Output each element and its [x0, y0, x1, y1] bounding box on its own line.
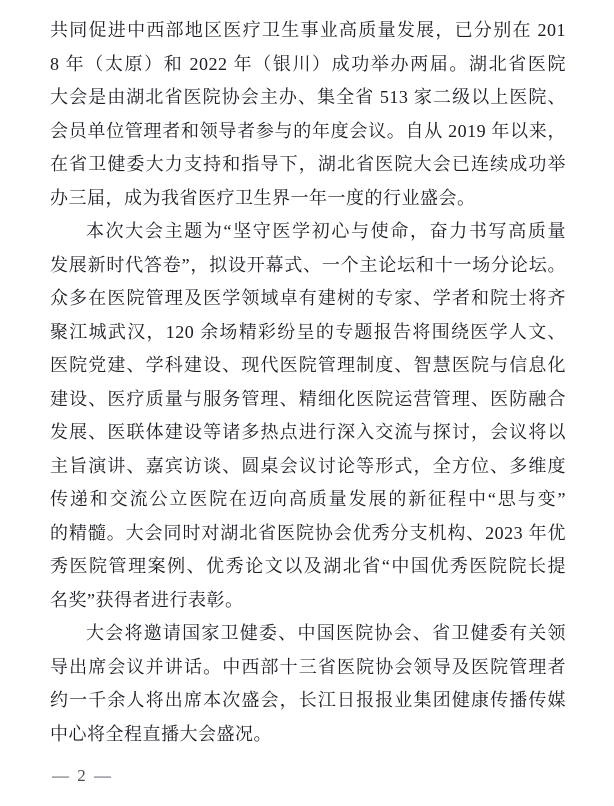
text-line: 导出席会议并讲话。中西部十三省医院协会领导及医院管理者: [50, 651, 566, 685]
text-line: 大会是由湖北省医院协会主办、集全省 513 家二级以上医院、: [50, 81, 566, 115]
text-line: 发展新时代答卷”，拟设开幕式、一个主论坛和十一场分论坛。: [50, 249, 566, 283]
text-line: 共同促进中西部地区医疗卫生事业高质量发展，已分别在 201: [50, 14, 566, 48]
paragraph: 本次大会主题为“坚守医学初心与使命，奋力书写高质量发展新时代答卷”，拟设开幕式、…: [50, 215, 566, 617]
text-line: 众多在医院管理及医学领域卓有建树的专家、学者和院士将齐: [50, 282, 566, 316]
page-number: — 2 —: [52, 766, 113, 786]
text-line: 在省卫健委大力支持和指导下，湖北省医院大会已连续成功举: [50, 148, 566, 182]
text-line: 的精髓。大会同时对湖北省医院协会优秀分支机构、2023 年优: [50, 517, 566, 551]
text-line: 约一千余人将出席本次盛会，长江日报报业集团健康传播传媒: [50, 684, 566, 718]
text-line: 聚江城武汉，120 余场精彩纷呈的专题报告将围绕医学人文、: [50, 316, 566, 350]
paragraph: 大会将邀请国家卫健委、中国医院协会、省卫健委有关领导出席会议并讲话。中西部十三省…: [50, 617, 566, 751]
paragraph: 共同促进中西部地区医疗卫生事业高质量发展，已分别在 2018 年（太原）和 20…: [50, 14, 566, 215]
text-line: 办三届，成为我省医疗卫生界一年一度的行业盛会。: [50, 182, 566, 216]
text-line: 名奖”获得者进行表彰。: [50, 584, 566, 618]
text-line: 会员单位管理者和领导者参与的年度会议。自从 2019 年以来，: [50, 115, 566, 149]
text-line: 中心将全程直播大会盛况。: [50, 718, 566, 752]
document-body-text: 共同促进中西部地区医疗卫生事业高质量发展，已分别在 2018 年（太原）和 20…: [50, 14, 566, 751]
text-line: 主旨演讲、嘉宾访谈、圆桌会议讨论等形式，全方位、多维度: [50, 450, 566, 484]
text-line: 发展、医联体建设等诸多热点进行深入交流与探讨，会议将以: [50, 416, 566, 450]
text-line: 秀医院管理案例、优秀论文以及湖北省“中国优秀医院院长提: [50, 550, 566, 584]
text-line: 建设、医疗质量与服务管理、精细化医院运营管理、医防融合: [50, 383, 566, 417]
text-line: 传递和交流公立医院在迈向高质量发展的新征程中“思与变”: [50, 483, 566, 517]
text-line: 大会将邀请国家卫健委、中国医院协会、省卫健委有关领: [50, 617, 566, 651]
text-line: 8 年（太原）和 2022 年（银川）成功举办两届。湖北省医院: [50, 48, 566, 82]
text-line: 本次大会主题为“坚守医学初心与使命，奋力书写高质量: [50, 215, 566, 249]
document-page: 共同促进中西部地区医疗卫生事业高质量发展，已分别在 2018 年（太原）和 20…: [0, 0, 614, 806]
text-line: 医院党建、学科建设、现代医院管理制度、智慧医院与信息化: [50, 349, 566, 383]
